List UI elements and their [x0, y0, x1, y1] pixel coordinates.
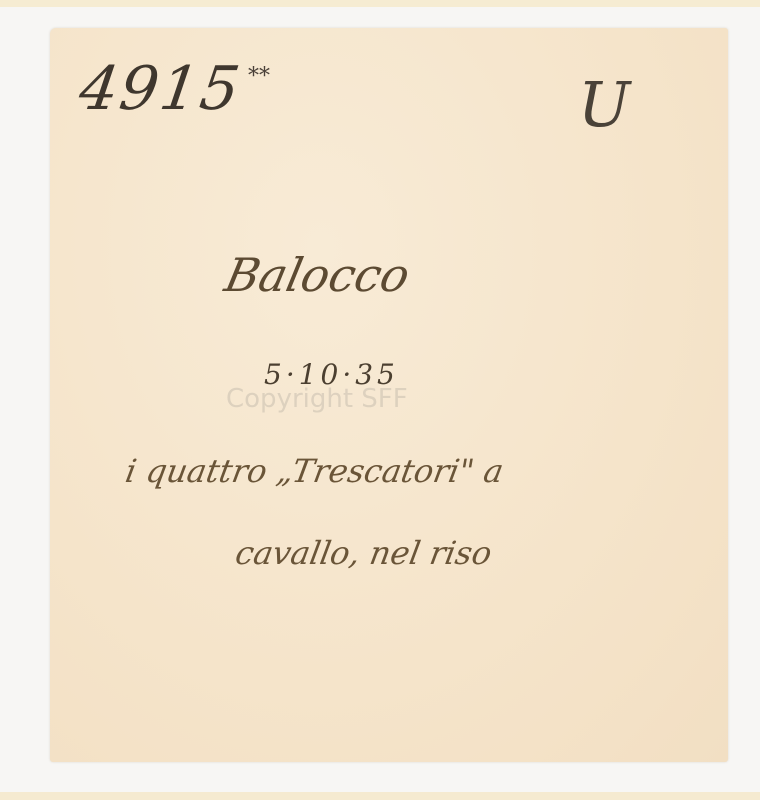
description-line-2: cavallo, nel riso: [233, 534, 495, 572]
catalog-stars: **: [248, 64, 270, 89]
description-line-1: i quattro „Trescatori" a: [123, 452, 507, 490]
corner-mark: U: [578, 68, 630, 141]
copyright-watermark: Copyright SFF: [226, 384, 408, 414]
mount-top-edge: [0, 0, 760, 7]
place-name: Balocco: [220, 248, 414, 302]
catalog-number: 4915: [75, 54, 246, 124]
mount-bottom-edge: [0, 792, 760, 800]
